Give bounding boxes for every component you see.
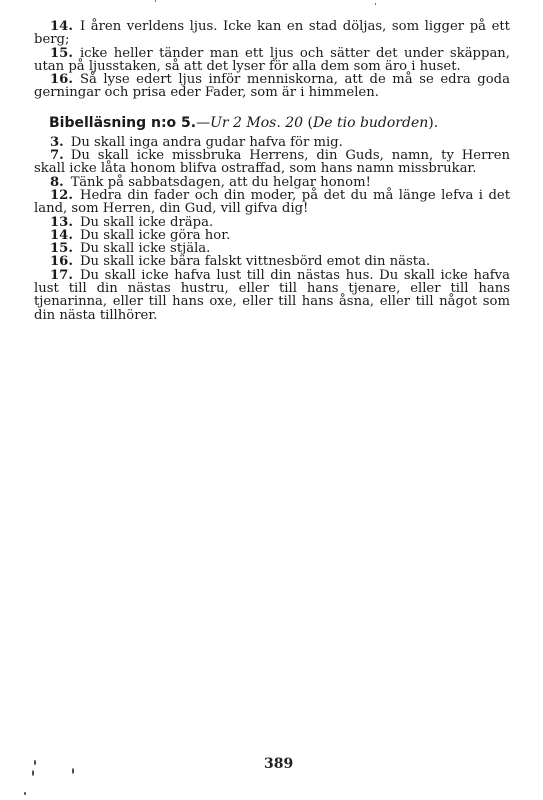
commandment-14: 14.Du skall icke göra hor. xyxy=(34,229,510,242)
commandment-3: 3.Du skall inga andra gudar hafva för mi… xyxy=(34,136,510,149)
commandment-17: 17.Du skall icke hafva lust till din näs… xyxy=(34,269,510,322)
heading-title: Bibelläsning n:o 5. xyxy=(49,115,196,131)
page-number: 389 xyxy=(264,756,293,772)
heading-reference: Ur 2 Mos. 20 xyxy=(210,115,303,131)
commandment-text: Hedra din fader och din moder, på det du… xyxy=(34,188,510,216)
commandment-13: 13.Du skall icke dräpa. xyxy=(34,216,510,229)
commandment-15: 15.Du skall icke stjäla. xyxy=(34,242,510,255)
page-body: 14.I åren verldens ljus. Icke kan en sta… xyxy=(34,20,510,322)
scan-speck xyxy=(375,3,376,5)
scan-speck xyxy=(24,792,26,795)
commandment-7: 7.Du skall icke missbruka Herrens, din G… xyxy=(34,149,510,176)
commandment-8: 8.Tänk på sabbatsdagen, att du helgar ho… xyxy=(34,176,510,189)
heading-paren-close: ). xyxy=(428,115,438,131)
verse-15: 15.icke heller tänder man ett ljus och s… xyxy=(34,47,510,74)
verse-16: 16.Så lyse edert ljus inför menniskorna,… xyxy=(34,73,510,100)
section-heading: Bibelläsning n:o 5.—Ur 2 Mos. 20 (De tio… xyxy=(34,115,510,131)
scan-speck xyxy=(32,770,34,776)
heading-subtitle: De tio budorden xyxy=(313,115,428,131)
heading-dash: — xyxy=(196,115,210,131)
verse-text: Så lyse edert ljus inför menniskorna, at… xyxy=(34,72,510,100)
scan-speck xyxy=(72,768,74,774)
scan-speck xyxy=(155,0,156,2)
commandment-12: 12.Hedra din fader och din moder, på det… xyxy=(34,189,510,216)
commandment-text: Du skall icke hafva lust till din nästas… xyxy=(34,268,510,323)
heading-paren-open: ( xyxy=(303,115,313,131)
verse-text: icke heller tänder man ett ljus och sätt… xyxy=(34,46,510,74)
verse-text: I åren verldens ljus. Icke kan en stad d… xyxy=(34,19,510,47)
commandment-text: Du skall icke missbruka Herrens, din Gud… xyxy=(34,148,510,176)
verse-14: 14.I åren verldens ljus. Icke kan en sta… xyxy=(34,20,510,47)
scan-speck xyxy=(34,760,36,765)
commandment-16: 16.Du skall icke bära falskt vittnesbörd… xyxy=(34,255,510,268)
